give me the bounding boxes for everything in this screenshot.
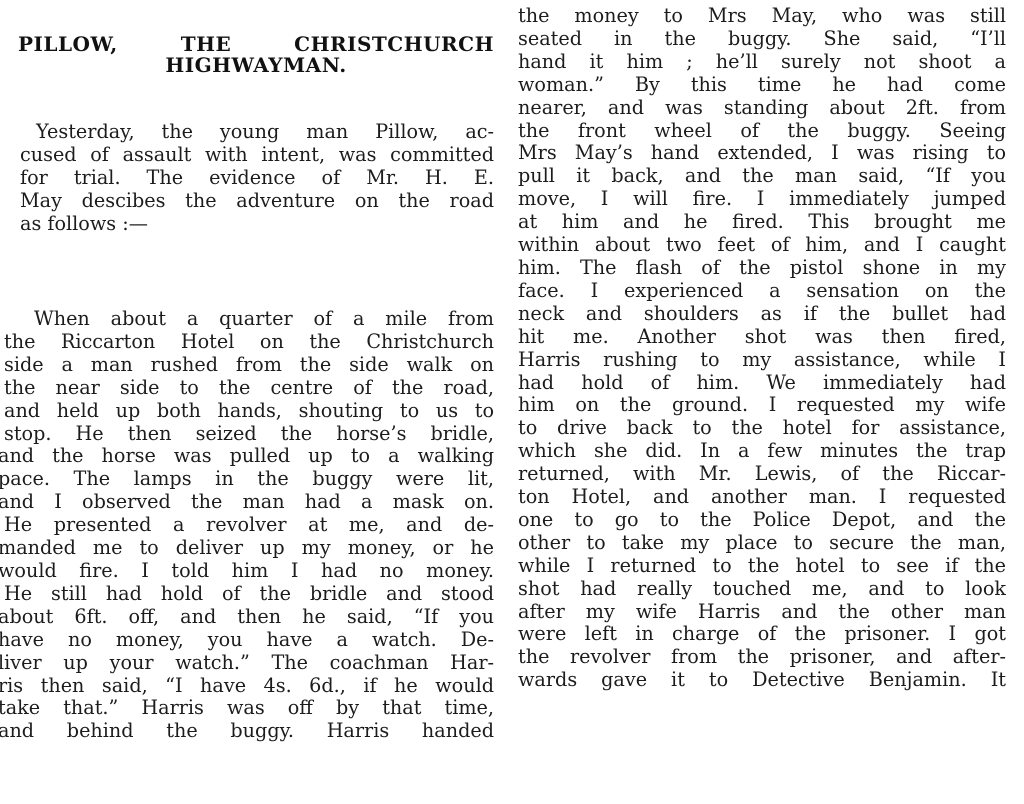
- text-line: When about a quarter of a mile from: [4, 308, 494, 331]
- text-line: have no money, you have a watch. De-: [0, 629, 494, 652]
- text-line: pull it back, and the man said, “If you: [518, 165, 1006, 188]
- text-line: other to take my place to secure the man…: [518, 532, 1006, 555]
- text-line: him on the ground. I requested my wife: [518, 394, 1006, 417]
- text-line: the money to Mrs May, who was still: [518, 5, 1006, 28]
- text-line: woman.” By this time he had come: [518, 74, 1006, 97]
- text-line: May descibes the adventure on the road: [20, 190, 494, 213]
- text-line: the near side to the centre of the road,: [4, 377, 494, 400]
- text-line: returned, with Mr. Lewis, of the Riccar-: [518, 463, 1006, 486]
- text-line: for trial. The evidence of Mr. H. E.: [20, 167, 494, 190]
- text-line: He presented a revolver at me, and de-: [4, 514, 494, 537]
- text-line: and behind the buggy. Harris handed: [0, 720, 494, 743]
- text-line: one to go to the Police Depot, and the: [518, 509, 1006, 532]
- text-line: as follows :—: [20, 213, 494, 236]
- text-line: neck and shoulders as if the bullet had: [518, 303, 1006, 326]
- text-line: manded me to deliver up my money, or he: [0, 537, 494, 560]
- text-line: liver up your watch.” The coachman Har-: [0, 652, 494, 675]
- text-line: and I observed the man had a mask on.: [0, 491, 494, 514]
- text-line: had hold of him. We immediately had: [518, 372, 1006, 395]
- text-line: Yesterday, the young man Pillow, ac-: [20, 121, 494, 144]
- text-line: seated in the buggy. She said, “I’ll: [518, 28, 1006, 51]
- text-line: cused of assault with intent, was commit…: [20, 144, 494, 167]
- text-line: which she did. In a few minutes the trap: [518, 440, 1006, 463]
- left-column: PILLOW, THE CHRISTCHURCH HIGHWAYMAN. Yes…: [0, 0, 500, 804]
- right-column: the money to Mrs May, who was still seat…: [512, 0, 1012, 804]
- text-line: ton Hotel, and another man. I requested: [518, 486, 1006, 509]
- testimony-paragraph-left: When about a quarter of a mile from the …: [4, 308, 494, 743]
- text-line: face. I experienced a sensation on the: [518, 280, 1006, 303]
- text-line: He still had hold of the bridle and stoo…: [4, 583, 494, 606]
- text-line: at him and he fired. This brought me: [518, 211, 1006, 234]
- text-line: the revolver from the prisoner, and afte…: [518, 646, 1006, 669]
- text-line: Mrs May’s hand extended, I was rising to: [518, 142, 1006, 165]
- text-line: move, I will fire. I immediately jumped: [518, 188, 1006, 211]
- text-line: the Riccarton Hotel on the Christchurch: [4, 331, 494, 354]
- text-line: about 6ft. off, and then he said, “If yo…: [0, 606, 494, 629]
- intro-paragraph: Yesterday, the young man Pillow, ac- cus…: [20, 121, 494, 236]
- text-line: side a man rushed from the side walk on: [4, 354, 494, 377]
- newspaper-clipping: PILLOW, THE CHRISTCHURCH HIGHWAYMAN. Yes…: [0, 0, 1024, 804]
- testimony-paragraph-right: the money to Mrs May, who was still seat…: [518, 5, 1006, 692]
- headline-line-1: PILLOW, THE CHRISTCHURCH: [18, 34, 494, 55]
- text-line: would fire. I told him I had no money.: [0, 560, 494, 583]
- headline-line-2: HIGHWAYMAN.: [18, 55, 494, 76]
- text-line: Harris rushing to my assistance, while I: [518, 349, 1006, 372]
- text-line: within about two feet of him, and I caug…: [518, 234, 1006, 257]
- text-line: were left in charge of the prisoner. I g…: [518, 623, 1006, 646]
- text-line: him. The flash of the pistol shone in my: [518, 257, 1006, 280]
- text-line: to drive back to the hotel for assistanc…: [518, 417, 1006, 440]
- text-line: after my wife Harris and the other man: [518, 601, 1006, 624]
- article-headline: PILLOW, THE CHRISTCHURCH HIGHWAYMAN.: [18, 34, 494, 76]
- text-line: ris then said, “I have 4s. 6d., if he wo…: [0, 675, 494, 698]
- text-line: stop. He then seized the horse’s bridle,: [4, 423, 494, 446]
- text-line: take that.” Harris was off by that time,: [0, 697, 494, 720]
- text-line: the front wheel of the buggy. Seeing: [518, 120, 1006, 143]
- text-line: hit me. Another shot was then fired,: [518, 326, 1006, 349]
- text-line: while I returned to the hotel to see if …: [518, 555, 1006, 578]
- text-line: and held up both hands, shouting to us t…: [4, 400, 494, 423]
- text-line: wards gave it to Detective Benjamin. It: [518, 669, 1006, 692]
- text-line: pace. The lamps in the buggy were lit,: [0, 468, 494, 491]
- text-line: hand it him ; he’ll surely not shoot a: [518, 51, 1006, 74]
- text-line: shot had really touched me, and to look: [518, 578, 1006, 601]
- text-line: nearer, and was standing about 2ft. from: [518, 97, 1006, 120]
- text-line: and the horse was pulled up to a walking: [0, 445, 494, 468]
